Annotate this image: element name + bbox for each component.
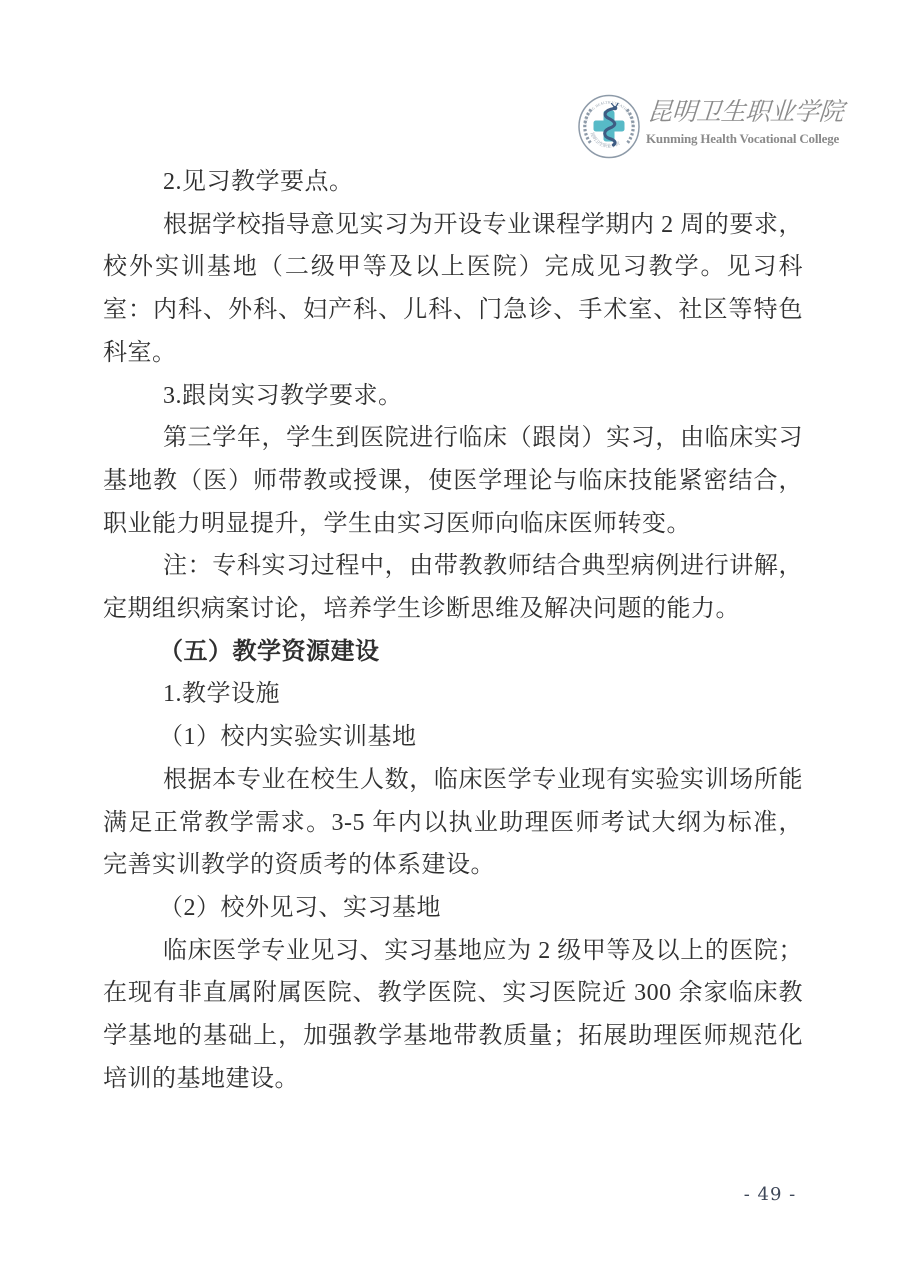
- college-seal-icon: KUNMING HEALTH VOCATIONAL COLLEGE 昆明卫生职业…: [577, 93, 641, 160]
- college-name-calligraphy: 昆明卫生职业学院: [646, 96, 858, 130]
- para-offcampus-bases: 临床医学专业见习、实习基地应为 2 级甲等及以上的医院；在现有非直属附属医院、教…: [103, 930, 803, 1101]
- heading-teaching-resources: （五）教学资源建设: [103, 631, 803, 674]
- heading-teaching-facilities: 1.教学设施: [103, 673, 803, 716]
- page-number: - 49 -: [690, 1183, 850, 1207]
- college-name-block: 昆明卫生职业学院 Kunming Health Vocational Colle…: [646, 96, 856, 146]
- para-note-case-teaching: 注：专科实习过程中，由带教教师结合典型病例进行讲解，定期组织病案讨论，培养学生诊…: [103, 545, 803, 630]
- heading-post-internship-requirements: 3.跟岗实习教学要求。: [103, 375, 803, 418]
- para-oncampus-training: 根据本专业在校生人数，临床医学专业现有实验实训场所能满足正常教学需求。3-5 年…: [103, 759, 803, 887]
- heading-offcampus-bases: （2）校外见习、实习基地: [103, 887, 803, 930]
- paragraph-list: 2.见习教学要点。根据学校指导意见实习为开设专业课程学期内 2 周的要求，校外实…: [103, 161, 803, 1100]
- heading-oncampus-training-base: （1）校内实验实训基地: [103, 716, 803, 759]
- document-body: 2.见习教学要点。根据学校指导意见实习为开设专业课程学期内 2 周的要求，校外实…: [103, 161, 803, 1100]
- page-header: KUNMING HEALTH VOCATIONAL COLLEGE 昆明卫生职业…: [0, 0, 905, 165]
- para-observation-teaching: 根据学校指导意见实习为开设专业课程学期内 2 周的要求，校外实训基地（二级甲等及…: [103, 204, 803, 375]
- college-name-english: Kunming Health Vocational College: [646, 131, 856, 146]
- document-page: KUNMING HEALTH VOCATIONAL COLLEGE 昆明卫生职业…: [0, 0, 905, 1280]
- heading-observation-teaching-points: 2.见习教学要点。: [103, 161, 803, 204]
- para-third-year-internship: 第三学年，学生到医院进行临床（跟岗）实习，由临床实习基地教（医）师带教或授课，使…: [103, 417, 803, 545]
